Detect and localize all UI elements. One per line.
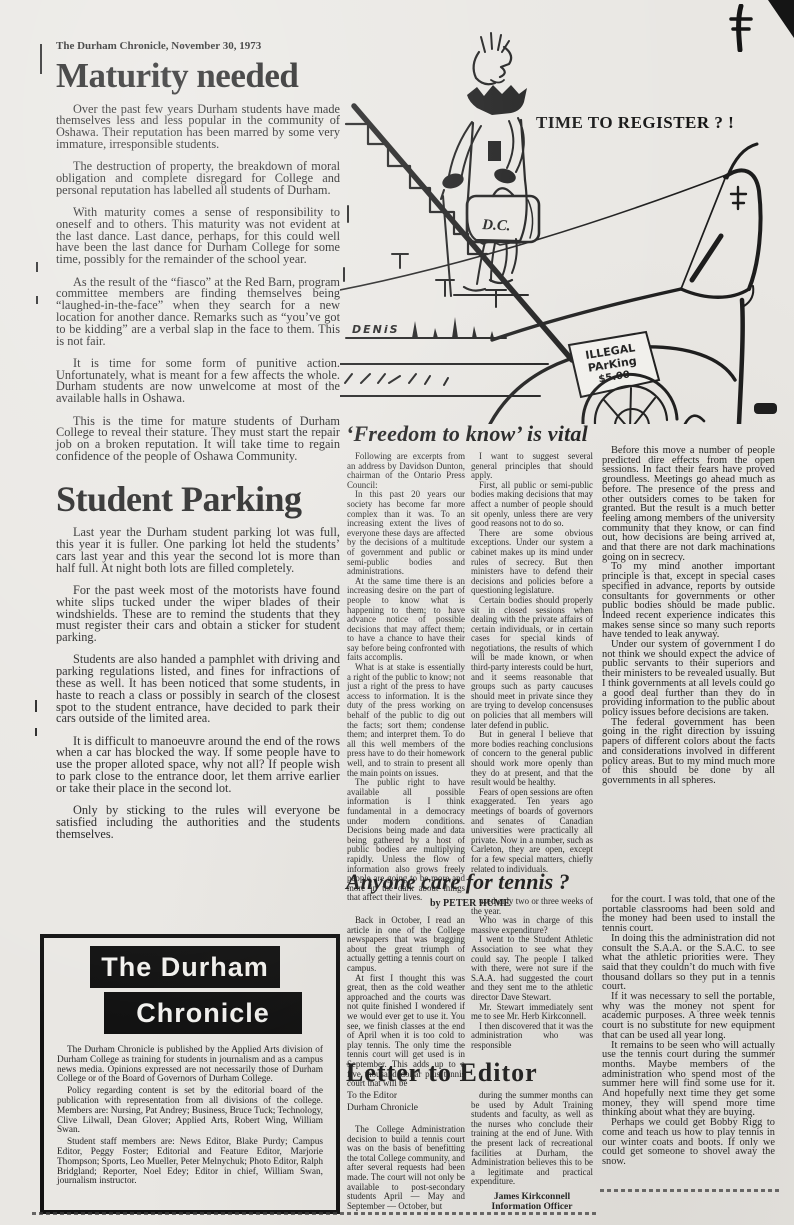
paragraph: Before this move a number of people pred…	[602, 446, 775, 562]
paragraph: Mr. Stewart immediately sent me to see M…	[471, 1003, 593, 1022]
newspaper-page: The Durham Chronicle, November 30, 1973 …	[0, 0, 794, 1225]
paragraph: If it was necessary to sell the portable…	[602, 992, 775, 1041]
freedom-column-1: Following are excerpts from an address b…	[347, 452, 465, 903]
wiper	[692, 236, 721, 280]
paragraph: used only two or three weeks of the year…	[471, 897, 593, 916]
paragraph: Certain bodies should properly sit in cl…	[471, 596, 593, 730]
freedom-column-3: Before this move a number of people pred…	[602, 446, 775, 786]
letter-headline: Letter to Editor	[346, 1058, 538, 1088]
masthead-title-line1: The Durham	[90, 946, 280, 988]
stairs	[344, 124, 506, 307]
paragraph: Fears of open sessions are often exagger…	[471, 788, 593, 874]
paragraph: It is difficult to manoeuvre around the …	[56, 736, 340, 795]
driver-mark	[731, 187, 746, 209]
editorial-cartoon: D.C. DENiS ILLEGAL	[340, 28, 794, 424]
paragraph: It is time for some form of punitive act…	[56, 358, 340, 405]
left-column: The Durham Chronicle, November 30, 1973 …	[56, 40, 340, 841]
paragraph: Following are excerpts from an address b…	[347, 452, 465, 490]
paragraph: Last year the Durham student parking lot…	[56, 527, 340, 574]
cartoon-caption: TIME TO REGISTER ? !	[536, 113, 734, 132]
paragraph: With maturity comes a sense of responsib…	[56, 207, 340, 266]
tennis-column-3: for the court. I was told, that one of t…	[602, 895, 775, 1167]
paragraph: For the past week most of the motorists …	[56, 585, 340, 644]
paragraph: There are some obvious exceptions. Under…	[471, 529, 593, 596]
letter-column-2: during the summer months can be used by …	[471, 1091, 593, 1212]
paragraph: First, all public or semi-public bodies …	[471, 481, 593, 529]
scan-mark	[35, 728, 37, 736]
dateline: The Durham Chronicle, November 30, 1973	[56, 40, 340, 52]
paragraph: The destruction of property, the breakdo…	[56, 161, 340, 196]
parking-ticket: ILLEGAL PArKing $5.00	[569, 332, 659, 397]
paragraph: The federal government has been going in…	[602, 718, 775, 786]
divider-rule	[32, 1212, 598, 1215]
tennis-column-2: used only two or three weeks of the year…	[471, 897, 593, 1051]
maturity-headline: Maturity needed	[56, 58, 340, 93]
paragraph: Under our system of government I do not …	[602, 640, 775, 718]
paragraph: Student staff members are: News Editor, …	[57, 1138, 323, 1187]
skyline: DENiS	[346, 317, 506, 338]
paragraph: Who was in charge of this massive expend…	[471, 916, 593, 935]
paragraph: Only by sticking to the rules will every…	[56, 805, 340, 840]
letter-salutation: Durham Chronicle	[347, 1102, 465, 1114]
paragraph: As the result of the “fiasco” at the Red…	[56, 277, 340, 348]
paragraph: Perhaps we could get Bobby Rigg to come …	[602, 1118, 775, 1167]
paragraph: Students are also handed a pamphlet with…	[56, 654, 340, 725]
paragraph: To my mind another important principle i…	[602, 562, 775, 640]
paragraph: Over the past few years Durham students …	[56, 104, 340, 151]
letter-salutation: To the Editor	[347, 1090, 465, 1102]
scan-mark	[36, 296, 38, 304]
paragraph: during the summer months can be used by …	[471, 1091, 593, 1187]
freedom-headline: ‘Freedom to know’ is vital	[346, 421, 598, 447]
paragraph: In doing this the administration did not…	[602, 934, 775, 992]
masthead-text: The Durham Chronicle is published by the…	[44, 1046, 336, 1187]
scan-mark	[35, 700, 37, 712]
paragraph: The Durham Chronicle is published by the…	[57, 1046, 323, 1085]
dagger-mark	[727, 4, 753, 52]
paragraph: I went to the Student Athletic Associati…	[471, 935, 593, 1002]
scan-mark	[40, 44, 42, 74]
paragraph: The College Administration decision to b…	[347, 1125, 465, 1211]
briefcase-label: D.C.	[481, 217, 511, 235]
paragraph: I then discovered that it was the admini…	[471, 1022, 593, 1051]
paragraph: What is at stake is essentially a right …	[347, 663, 465, 778]
paragraph: This is the time for mature students of …	[56, 416, 340, 463]
paragraph: At the same time there is an increasing …	[347, 577, 465, 663]
paragraph: But in general I believe that more bodie…	[471, 730, 593, 788]
parking-headline: Student Parking	[56, 481, 340, 517]
paragraph: In this past 20 years our society has be…	[347, 490, 465, 576]
masthead-box: The Durham Chronicle The Durham Chronicl…	[40, 934, 340, 1214]
divider-rule	[600, 1189, 782, 1192]
letter-signature-title: Information Officer	[471, 1202, 593, 1212]
letter-signature: James Kirkconnell	[471, 1192, 593, 1202]
paragraph: I want to suggest several general princi…	[471, 452, 593, 481]
scan-mark	[36, 262, 38, 272]
letter-column-1: To the Editor Durham Chronicle The Colle…	[347, 1090, 465, 1211]
freedom-column-2: I want to suggest several general princi…	[471, 452, 593, 874]
paragraph: Policy regarding content is set by the e…	[57, 1087, 323, 1136]
paragraph: It remains to be seen who will actually …	[602, 1041, 775, 1119]
paragraph: for the court. I was told, that one of t…	[602, 895, 775, 934]
masthead-title-line2: Chronicle	[104, 992, 302, 1034]
briefcase: D.C.	[467, 188, 539, 242]
car: ILLEGAL PArKing $5.00	[340, 144, 777, 424]
artist-signature: DENiS	[352, 323, 400, 336]
paragraph: Back in October, I read an article in on…	[347, 916, 465, 974]
tennis-headline: Anyone care for tennis ?	[346, 869, 594, 895]
